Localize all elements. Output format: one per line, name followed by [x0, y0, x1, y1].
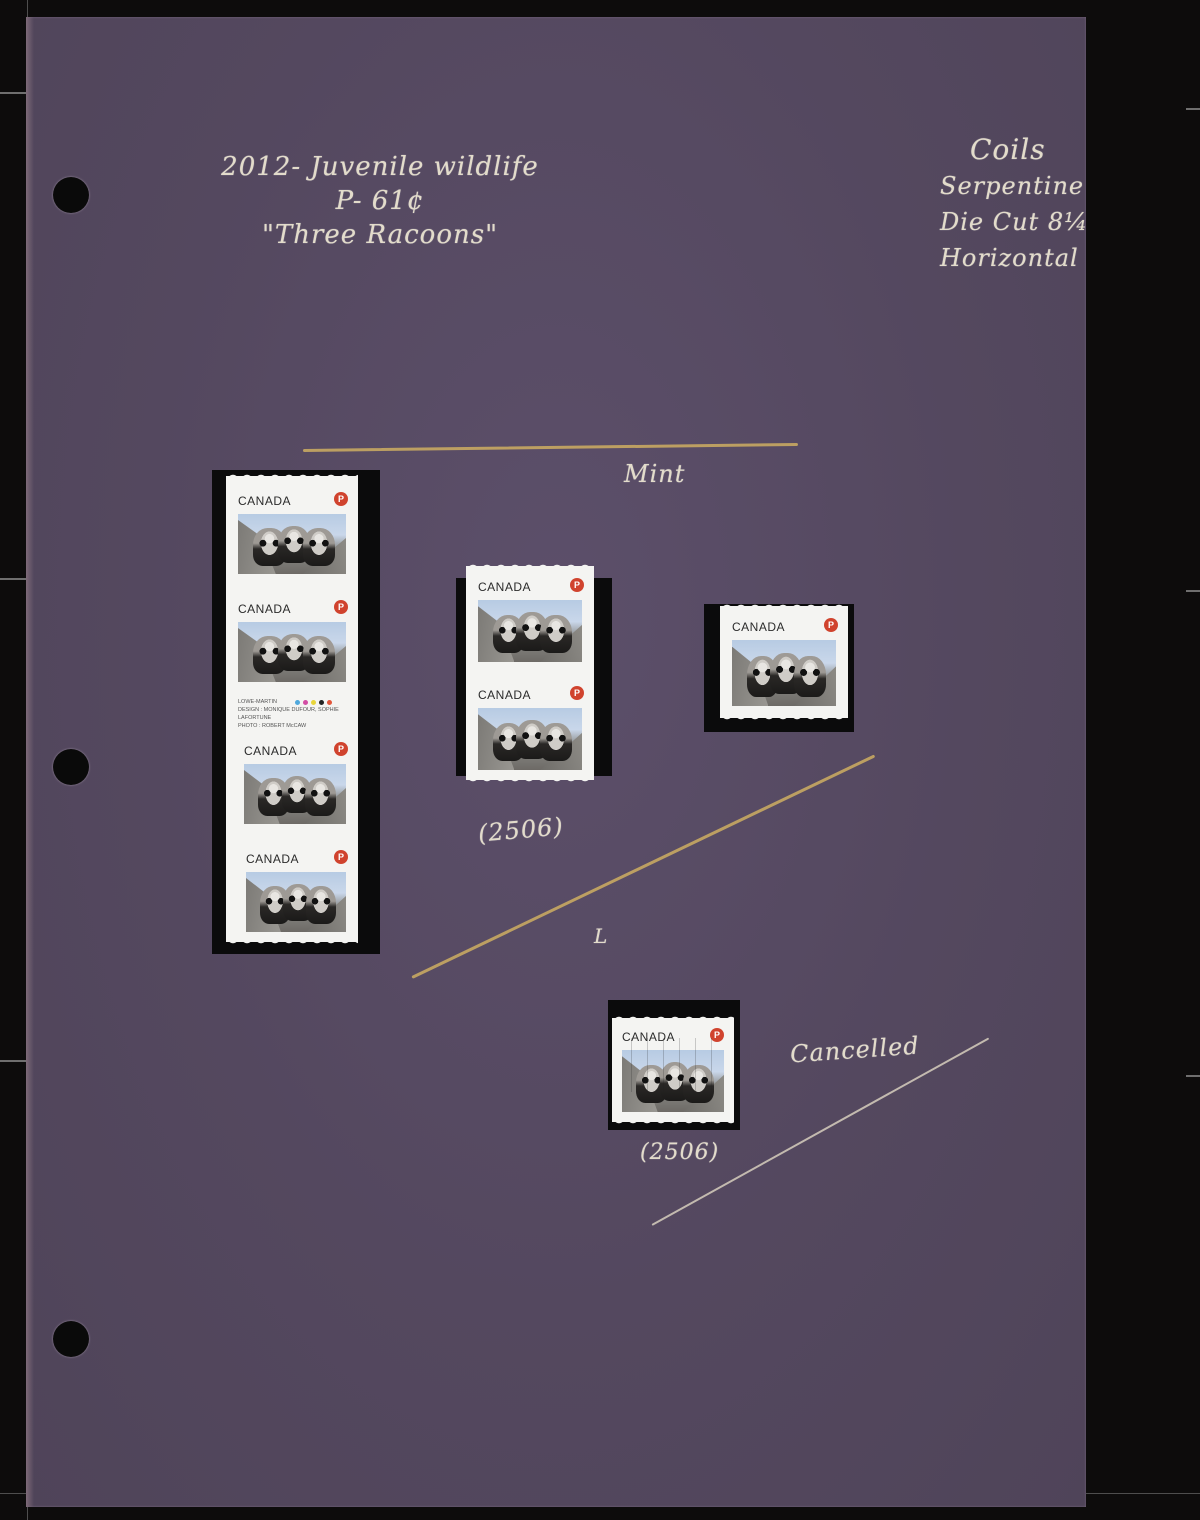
permanent-rate-icon: P: [334, 492, 348, 506]
cyan-dot: [295, 700, 300, 705]
note-die-cut: Die Cut 8¼: [940, 204, 1130, 240]
country-label: CANADA: [478, 688, 531, 702]
stamp-unit: CANADA P: [226, 590, 358, 690]
permanent-rate-icon: P: [570, 686, 584, 700]
stamp-single-cancelled: CANADA P: [612, 1018, 734, 1122]
page-heading: 2012- Juvenile wildlife P- 61¢ "Three Ra…: [150, 150, 610, 252]
format-note: Coils Serpentine Die Cut 8¼ Horizontal: [940, 132, 1130, 276]
permanent-rate-icon: P: [334, 600, 348, 614]
backdrop-grid-mark: [0, 92, 26, 94]
country-label: CANADA: [238, 602, 291, 616]
album-page-edge: [26, 17, 34, 1507]
permanent-rate-icon: P: [334, 742, 348, 756]
red-dot: [327, 700, 332, 705]
binder-hole-top: [53, 177, 89, 213]
heading-issue: 2012- Juvenile wildlife: [150, 150, 610, 184]
imprint-photo: PHOTO : ROBERT McCAW: [238, 722, 346, 730]
country-label: CANADA: [238, 494, 291, 508]
stamp-single-mint: CANADA P: [720, 606, 848, 718]
raccoon-image: [238, 622, 346, 682]
note-coils: Coils: [940, 132, 1130, 168]
note-serpentine: Serpentine: [940, 168, 1130, 204]
heading-title: "Three Racoons": [150, 218, 610, 252]
stamp-unit: CANADA P: [226, 482, 358, 582]
black-dot: [319, 700, 324, 705]
country-label: CANADA: [478, 580, 531, 594]
raccoon-image: [478, 708, 582, 770]
backdrop-grid-mark: [1186, 590, 1200, 592]
country-label: CANADA: [622, 1030, 675, 1044]
stamp-strip-of-four: CANADA P CANADA P LOWE-MARTIN DESIGN : M…: [226, 476, 358, 942]
country-label: CANADA: [244, 744, 297, 758]
l-mark: L: [594, 924, 608, 948]
raccoon-image: [622, 1050, 724, 1112]
mint-label: Mint: [624, 460, 685, 488]
country-label: CANADA: [732, 620, 785, 634]
raccoon-image: [246, 872, 346, 932]
binder-hole-bottom: [53, 1321, 89, 1357]
backdrop-grid-mark: [1186, 108, 1200, 110]
magenta-dot: [303, 700, 308, 705]
color-registration-dots: [295, 700, 332, 705]
catalog-number-cancelled: (2506): [640, 1140, 719, 1165]
stamp-unit: CANADA P: [466, 568, 594, 670]
raccoon-image: [478, 600, 582, 662]
stamp-unit: CANADA P: [612, 1018, 734, 1120]
stamp-unit: CANADA P: [466, 676, 594, 778]
raccoon-image: [732, 640, 836, 706]
permanent-rate-icon: P: [570, 578, 584, 592]
imprint-design: DESIGN : MONIQUE DUFOUR, SOPHIE LAFORTUN…: [238, 706, 346, 722]
country-label: CANADA: [246, 852, 299, 866]
permanent-rate-icon: P: [824, 618, 838, 632]
permanent-rate-icon: P: [710, 1028, 724, 1042]
heading-denomination: P- 61¢: [150, 184, 610, 218]
note-horizontal: Horizontal: [940, 240, 1130, 276]
binder-hole-middle: [53, 749, 89, 785]
printer-imprint: LOWE-MARTIN DESIGN : MONIQUE DUFOUR, SOP…: [238, 698, 346, 728]
raccoon-image: [238, 514, 346, 574]
stamp-unit: CANADA P: [720, 608, 848, 714]
stamp-unit: CANADA P: [226, 840, 358, 940]
permanent-rate-icon: P: [334, 850, 348, 864]
stamp-pair: CANADA P CANADA P: [466, 566, 594, 780]
stamp-unit: CANADA P: [226, 732, 358, 832]
raccoon-image: [244, 764, 346, 824]
backdrop-grid-mark: [0, 1060, 26, 1062]
yellow-dot: [311, 700, 316, 705]
backdrop-grid-mark: [1186, 1075, 1200, 1077]
backdrop-grid-mark: [0, 578, 26, 580]
